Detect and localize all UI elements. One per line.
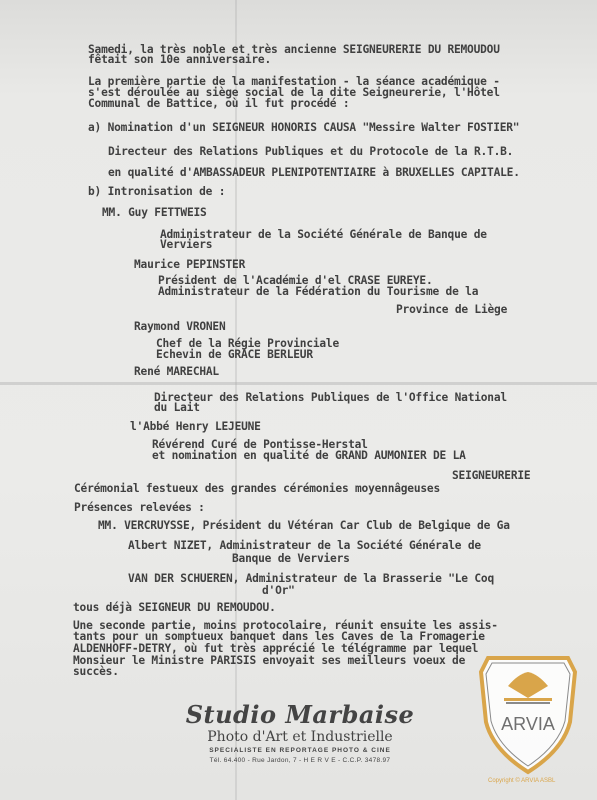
text-line: en qualité d'AMBASSADEUR PLENIPOTENTIAIR… <box>108 167 520 178</box>
scanned-document: Samedi, la très noble et très ancienne S… <box>0 0 597 800</box>
text-line: fêtait son 10e anniversaire. <box>88 54 271 65</box>
stamp-address: Tél. 64.400 - Rue Jardon, 7 - H E R V E … <box>170 757 430 764</box>
text-line: du Lait <box>154 402 200 413</box>
text-line: Province de Liège <box>396 304 507 315</box>
fold-line <box>0 382 597 385</box>
svg-text:ARVIA: ARVIA <box>501 714 555 734</box>
stamp-title: Studio Marbaise <box>170 700 430 729</box>
text-line: ALDENHOFF-DETRY, où fut très apprécié le… <box>73 643 478 654</box>
text-line: MM. VERCRUYSSE, Président du Vétéran Car… <box>98 520 510 531</box>
text-line: Directeur des Relations Publiques de l'O… <box>154 392 507 403</box>
text-line: d'Or" <box>262 585 295 596</box>
text-line: Echevin de GRACE BERLEUR <box>156 349 313 360</box>
text-line: Directeur des Relations Publiques et du … <box>108 146 513 157</box>
text-line: Présences relevées : <box>74 502 205 513</box>
text-line: Albert NIZET, Administrateur de la Socié… <box>128 540 481 551</box>
text-line: tants pour un somptueux banquet dans les… <box>73 631 485 642</box>
text-line: Cérémonial festueux des grandes cérémoni… <box>74 483 440 494</box>
stamp-subtitle: Photo d'Art et Industrielle <box>170 729 430 745</box>
text-line: et nomination en qualité de GRAND AUMONI… <box>152 450 466 461</box>
copyright-text: Copyright © ARVIA ASBL <box>488 778 555 784</box>
text-line: MM. Guy FETTWEIS <box>102 207 207 218</box>
text-line: Administrateur de la Fédération du Touri… <box>158 286 478 297</box>
text-line: Communal de Battice, où il fut procédé : <box>88 98 349 109</box>
text-line: VAN DER SCHUEREN, Administrateur de la B… <box>128 573 494 584</box>
text-line: René MARECHAL <box>134 366 219 377</box>
text-line: Monsieur le Ministre PARISIS envoyait se… <box>73 655 465 666</box>
text-line: l'Abbé Henry LEJEUNE <box>130 421 261 432</box>
studio-stamp: Studio Marbaise Photo d'Art et Industrie… <box>170 700 430 764</box>
text-line: Raymond VRONEN <box>134 321 226 332</box>
text-line: Banque de Verviers <box>232 553 350 564</box>
text-line: succès. <box>73 666 119 677</box>
shield-icon: ARVIA <box>478 650 578 775</box>
text-line: a) Nomination d'un SEIGNEUR HONORIS CAUS… <box>88 122 519 133</box>
arvia-watermark: ARVIA Copyright © ARVIA ASBL <box>478 650 578 779</box>
text-line: b) Intronisation de : <box>88 186 225 197</box>
text-line: SEIGNEURERIE <box>452 470 530 481</box>
text-line: Maurice PEPINSTER <box>134 259 245 270</box>
text-line: Verviers <box>160 239 212 250</box>
stamp-specialty: SPECIALISTE EN REPORTAGE PHOTO & CINE <box>170 747 430 754</box>
text-line: tous déjà SEIGNEUR DU REMOUDOU. <box>73 602 276 613</box>
